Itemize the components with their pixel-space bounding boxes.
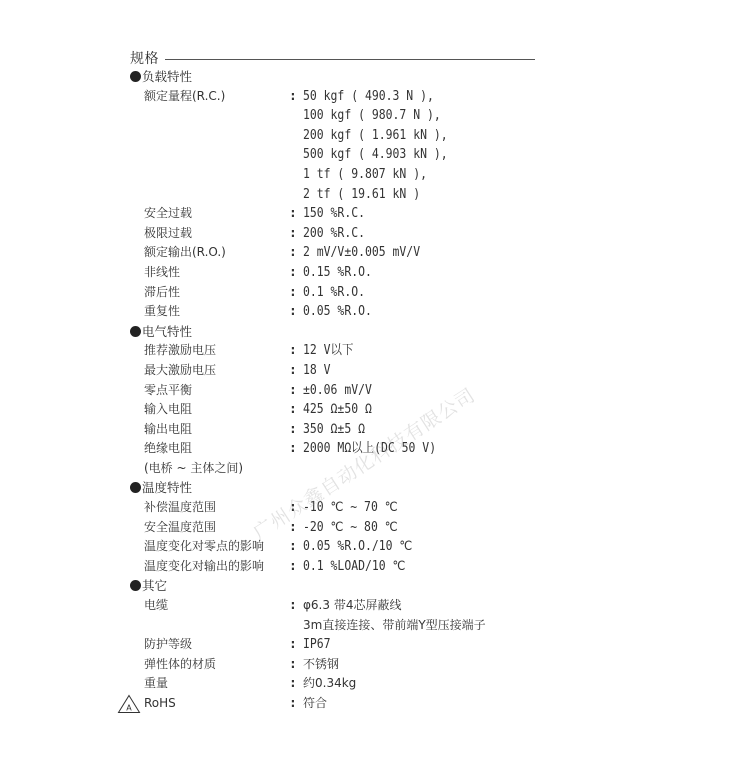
section-heading-row: 电气特性 (0, 322, 750, 342)
spec-row: 极限过载:200 %R.C. (0, 224, 750, 244)
spec-label: 额定量程(R.C.) (144, 87, 225, 107)
spec-value: 425 Ω±50 Ω (303, 400, 372, 420)
spec-label: 最大激励电压 (144, 361, 216, 381)
section-heading: 温度特性 (130, 478, 192, 498)
spec-value: 1 tf ( 9.807 kN ), (303, 165, 427, 185)
spec-value: 150 %R.C. (303, 204, 365, 224)
colon-separator: : (289, 263, 297, 283)
spec-label: 极限过载 (144, 224, 192, 244)
spec-row: 安全过载:150 %R.C. (0, 204, 750, 224)
colon-separator: : (289, 224, 297, 244)
spec-value: 2 mV/V±0.005 mV/V (303, 243, 420, 263)
spec-value: 50 kgf ( 490.3 N ), (303, 87, 434, 107)
colon-separator: : (289, 674, 297, 694)
colon-separator: : (289, 243, 297, 263)
spec-label: 重复性 (144, 302, 180, 322)
spec-label: 安全温度范围 (144, 518, 216, 538)
spec-value: 0.05 %R.O./10 ℃ (303, 537, 412, 557)
colon-separator: : (289, 537, 297, 557)
spec-value: 12 V以下 (303, 341, 353, 361)
spec-row: 安全温度范围:-20 ℃ ~ 80 ℃ (0, 518, 750, 538)
colon-separator: : (289, 439, 297, 459)
spec-label: 防护等级 (144, 635, 192, 655)
spec-row: 输出电阻:350 Ω±5 Ω (0, 420, 750, 440)
spec-title-row: 规格 (130, 48, 535, 68)
spec-row: 滞后性:0.1 %R.O. (0, 283, 750, 303)
spec-row: 最大激励电压:18 V (0, 361, 750, 381)
spec-rows: 负载特性额定量程(R.C.):50 kgf ( 490.3 N ),100 kg… (0, 67, 750, 714)
spec-sheet: 规格 负载特性额定量程(R.C.):50 kgf ( 490.3 N ),100… (0, 0, 750, 757)
spec-value: 0.1 %R.O. (303, 283, 365, 303)
spec-row: 2 tf ( 19.61 kN ) (0, 185, 750, 205)
colon-separator: : (289, 557, 297, 577)
spec-value: -10 ℃ ~ 70 ℃ (303, 498, 398, 518)
spec-label: 额定输出(R.O.) (144, 243, 226, 263)
spec-label: (电桥 ~ 主体之间) (144, 459, 243, 479)
warning-a-triangle-icon: A (117, 694, 141, 714)
spec-value: 100 kgf ( 980.7 N ), (303, 106, 441, 126)
spec-row: 补偿温度范围:-10 ℃ ~ 70 ℃ (0, 498, 750, 518)
colon-separator: : (289, 204, 297, 224)
spec-value: -20 ℃ ~ 80 ℃ (303, 518, 398, 538)
section-heading-text: 电气特性 (142, 324, 192, 339)
section-heading-row: 其它 (0, 576, 750, 596)
colon-separator: : (289, 420, 297, 440)
spec-label: 推荐激励电压 (144, 341, 216, 361)
section-heading: 电气特性 (130, 322, 192, 342)
spec-value: φ6.3 带4芯屏蔽线 (303, 596, 401, 616)
spec-row: 推荐激励电压:12 V以下 (0, 341, 750, 361)
spec-row: (电桥 ~ 主体之间) (0, 459, 750, 479)
spec-label: 温度变化对输出的影响 (144, 557, 264, 577)
spec-label: 输入电阻 (144, 400, 192, 420)
colon-separator: : (289, 283, 297, 303)
spec-value: 350 Ω±5 Ω (303, 420, 365, 440)
spec-row: 电缆:φ6.3 带4芯屏蔽线 (0, 596, 750, 616)
section-heading: 其它 (130, 576, 167, 596)
spec-row: 温度变化对输出的影响:0.1 %LOAD/10 ℃ (0, 557, 750, 577)
section-heading: 负载特性 (130, 67, 192, 87)
spec-value: 2000 MΩ以上(DC 50 V) (303, 439, 436, 459)
spec-value: 0.1 %LOAD/10 ℃ (303, 557, 405, 577)
colon-separator: : (289, 341, 297, 361)
spec-value: 3m直接连接、带前端Y型压接端子 (303, 616, 486, 636)
spec-value: 200 kgf ( 1.961 kN ), (303, 126, 448, 146)
spec-label: 零点平衡 (144, 381, 192, 401)
spec-row: 额定输出(R.O.):2 mV/V±0.005 mV/V (0, 243, 750, 263)
spec-value: 2 tf ( 19.61 kN ) (303, 185, 420, 205)
bullet-icon (130, 482, 141, 493)
spec-row: 温度变化对零点的影响:0.05 %R.O./10 ℃ (0, 537, 750, 557)
spec-row: 重量:约0.34kg (0, 674, 750, 694)
spec-value: 0.15 %R.O. (303, 263, 372, 283)
spec-row: 100 kgf ( 980.7 N ), (0, 106, 750, 126)
spec-title: 规格 (130, 48, 159, 68)
colon-separator: : (289, 635, 297, 655)
title-divider (165, 59, 535, 60)
spec-row: 重复性:0.05 %R.O. (0, 302, 750, 322)
spec-row: 500 kgf ( 4.903 kN ), (0, 145, 750, 165)
spec-row: 输入电阻:425 Ω±50 Ω (0, 400, 750, 420)
spec-value: 500 kgf ( 4.903 kN ), (303, 145, 448, 165)
spec-label: 安全过载 (144, 204, 192, 224)
spec-label: 电缆 (144, 596, 168, 616)
spec-label: 非线性 (144, 263, 180, 283)
colon-separator: : (289, 302, 297, 322)
colon-separator: : (289, 694, 297, 714)
spec-value: ±0.06 mV/V (303, 381, 372, 401)
spec-value: 不锈钢 (303, 655, 339, 675)
section-heading-text: 温度特性 (142, 480, 192, 495)
bullet-icon (130, 71, 141, 82)
section-heading-text: 负载特性 (142, 69, 192, 84)
spec-row: 零点平衡:±0.06 mV/V (0, 381, 750, 401)
section-heading-row: 负载特性 (0, 67, 750, 87)
spec-label: RoHS (144, 694, 176, 714)
spec-row: 额定量程(R.C.):50 kgf ( 490.3 N ), (0, 87, 750, 107)
spec-row: 3m直接连接、带前端Y型压接端子 (0, 616, 750, 636)
section-heading-text: 其它 (142, 578, 167, 593)
spec-value: IP67 (303, 635, 331, 655)
spec-row: ARoHS:符合 (0, 694, 750, 714)
colon-separator: : (289, 361, 297, 381)
colon-separator: : (289, 381, 297, 401)
spec-row: 非线性:0.15 %R.O. (0, 263, 750, 283)
colon-separator: : (289, 596, 297, 616)
spec-value: 0.05 %R.O. (303, 302, 372, 322)
spec-label: 滞后性 (144, 283, 180, 303)
spec-label: 重量 (144, 674, 168, 694)
bullet-icon (130, 326, 141, 337)
spec-value: 约0.34kg (303, 674, 356, 694)
spec-value: 符合 (303, 694, 327, 714)
colon-separator: : (289, 498, 297, 518)
spec-row: 弹性体的材质:不锈钢 (0, 655, 750, 675)
colon-separator: : (289, 655, 297, 675)
spec-label: 绝缘电阻 (144, 439, 192, 459)
spec-label: 补偿温度范围 (144, 498, 216, 518)
section-heading-row: 温度特性 (0, 478, 750, 498)
colon-separator: : (289, 400, 297, 420)
spec-row: 1 tf ( 9.807 kN ), (0, 165, 750, 185)
spec-label: 弹性体的材质 (144, 655, 216, 675)
svg-text:A: A (126, 704, 132, 713)
spec-value: 18 V (303, 361, 331, 381)
bullet-icon (130, 580, 141, 591)
spec-row: 防护等级:IP67 (0, 635, 750, 655)
spec-value: 200 %R.C. (303, 224, 365, 244)
spec-row: 绝缘电阻:2000 MΩ以上(DC 50 V) (0, 439, 750, 459)
colon-separator: : (289, 518, 297, 538)
colon-separator: : (289, 87, 297, 107)
spec-label: 输出电阻 (144, 420, 192, 440)
spec-row: 200 kgf ( 1.961 kN ), (0, 126, 750, 146)
spec-label: 温度变化对零点的影响 (144, 537, 264, 557)
